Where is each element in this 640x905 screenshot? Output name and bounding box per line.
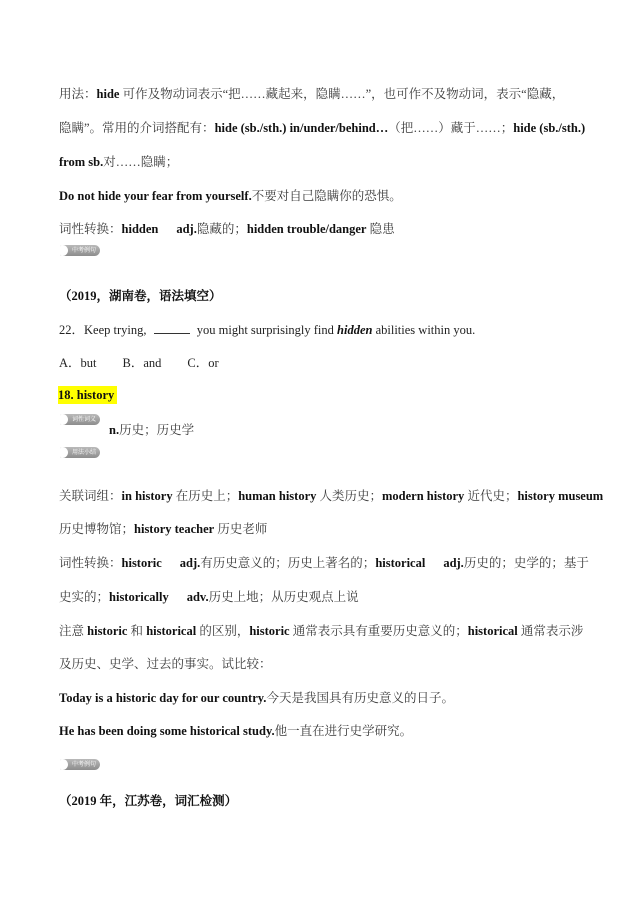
note-text: 的区别， (196, 624, 249, 638)
question-number: 22． (59, 323, 84, 337)
emphasized-word: hidden (337, 323, 372, 337)
conversion-word: historically (109, 590, 169, 604)
conversion-word: historical (375, 556, 425, 570)
usage-text: （把……）藏于……； (388, 121, 513, 135)
option-c: C．or (187, 355, 218, 371)
phrase: in history (122, 489, 173, 503)
note-keyword: historic (87, 624, 127, 638)
source-label: （2019 年，江苏卷，词汇检测） (59, 794, 237, 808)
conversion-phrase-meaning: 隐患 (366, 222, 394, 236)
exam-source: （2019，湖南卷，语法填空） (59, 288, 222, 304)
part-of-speech: adj. (443, 556, 464, 570)
phrase: human history (238, 489, 316, 503)
note-keyword: historic (249, 624, 289, 638)
history-conversion-line-2: 史实的；historicallyadv.历史上地；从历史观点上说 (59, 589, 359, 605)
conversion-phrase: hidden trouble/danger (247, 222, 367, 236)
phrases-label: 关联词组： (59, 489, 122, 503)
note-line-1: 注意 historic 和 historical 的区别，historic 通常… (59, 623, 583, 639)
example-english: He has been doing some historical study. (59, 724, 275, 738)
exam-question: 22．Keep trying, you might surprisingly f… (59, 322, 475, 338)
conversion-word: hidden (122, 222, 159, 236)
part-of-speech: n. (109, 423, 119, 437)
note-text: 及历史、史学、过去的事实。试比较： (59, 657, 272, 671)
note-line-2: 及历史、史学、过去的事实。试比较： (59, 656, 272, 672)
exam-example-badge: 中考例句 (60, 245, 100, 256)
phrase: history museum (517, 489, 603, 503)
note-keyword: historical (468, 624, 518, 638)
question-text: you might surprisingly find (194, 323, 337, 337)
part-of-speech: adj. (180, 556, 201, 570)
conversion-meaning: 历史上地；从历史观点上说 (209, 590, 359, 604)
phrase-meaning: 历史老师 (214, 522, 267, 536)
phrase-meaning: 人类历史； (316, 489, 382, 503)
definition-meaning: 历史；历史学 (119, 423, 194, 437)
part-of-speech: adj. (176, 222, 197, 236)
usage-label: 用法： (59, 87, 97, 101)
part-of-speech: adv. (187, 590, 209, 604)
hide-conversion: 词性转换：hiddenadj.隐藏的；hidden trouble/danger… (59, 221, 395, 237)
note-text: 和 (127, 624, 146, 638)
conversion-word: historic (122, 556, 162, 570)
phrase: history teacher (134, 522, 214, 536)
note-text: 通常表示涉 (518, 624, 584, 638)
conversion-meaning: 史实的； (59, 590, 109, 604)
related-phrases-line-1: 关联词组：in history 在历史上；human history 人类历史；… (59, 488, 603, 504)
history-definition: n.历史；历史学 (109, 422, 194, 438)
exam-example-badge: 中考例句 (60, 759, 100, 770)
usage-summary-badge: 用法小结 (60, 447, 100, 458)
exam-source: （2019 年，江苏卷，词汇检测） (59, 793, 237, 809)
conversion-meaning: 有历史意义的；历史上著名的； (200, 556, 375, 570)
usage-text: 对……隐瞒； (103, 155, 178, 169)
example-chinese: 今天是我国具有历史意义的日子。 (266, 691, 454, 705)
collocation: from sb. (59, 155, 103, 169)
question-text: abilities within you. (372, 323, 475, 337)
example-chinese: 不要对自己隐瞒你的恐惧。 (252, 189, 402, 203)
history-example-1: Today is a historic day for our country.… (59, 690, 454, 706)
note-keyword: historical (146, 624, 196, 638)
related-phrases-line-2: 历史博物馆；history teacher 历史老师 (59, 521, 267, 537)
history-conversion-line-1: 词性转换：historicadj.有历史意义的；历史上著名的；historica… (59, 555, 589, 571)
keyword-hide: hide (97, 87, 120, 101)
answer-options: A．butB．andC．or (59, 355, 245, 371)
example-chinese: 他一直在进行史学研究。 (275, 724, 413, 738)
answer-blank (154, 322, 190, 334)
phrase-meaning: 在历史上； (173, 489, 239, 503)
conversion-meaning: 隐藏的； (197, 222, 247, 236)
example-english: Today is a historic day for our country. (59, 691, 266, 705)
hide-usage-line-3: from sb.对……隐瞒； (59, 154, 178, 170)
hide-usage-line-2: 隐瞒”。常用的介词搭配有：hide (sb./sth.) in/under/be… (59, 120, 585, 136)
option-b: B．and (123, 355, 162, 371)
usage-text: 隐瞒”。常用的介词搭配有： (59, 121, 215, 135)
history-example-2: He has been doing some historical study.… (59, 723, 412, 739)
section-heading: 18. history (58, 387, 117, 403)
example-english: Do not hide your fear from yourself. (59, 189, 252, 203)
note-text: 注意 (59, 624, 87, 638)
source-label: （2019，湖南卷，语法填空） (59, 289, 222, 303)
option-a: A．but (59, 355, 97, 371)
question-text: Keep trying, (84, 323, 150, 337)
phrase-meaning: 历史博物馆； (59, 522, 134, 536)
pos-meaning-badge: 词性词义 (60, 414, 100, 425)
note-text: 通常表示具有重要历史意义的； (290, 624, 468, 638)
collocation: hide (sb./sth.) (513, 121, 585, 135)
collocation: hide (sb./sth.) in/under/behind… (215, 121, 389, 135)
phrase-meaning: 近代史； (464, 489, 517, 503)
conversion-label: 词性转换： (59, 556, 122, 570)
hide-usage-line-1: 用法：hide 可作及物动词表示“把……藏起来，隐瞒……”，也可作不及物动词，表… (59, 86, 564, 102)
conversion-meaning: 历史的；史学的；基于 (464, 556, 589, 570)
conversion-label: 词性转换： (59, 222, 122, 236)
usage-text: 可作及物动词表示“把……藏起来，隐瞒……”，也可作不及物动词，表示“隐藏， (119, 87, 564, 101)
heading-history: 18. history (58, 386, 117, 404)
hide-example: Do not hide your fear from yourself.不要对自… (59, 188, 402, 204)
phrase: modern history (382, 489, 464, 503)
